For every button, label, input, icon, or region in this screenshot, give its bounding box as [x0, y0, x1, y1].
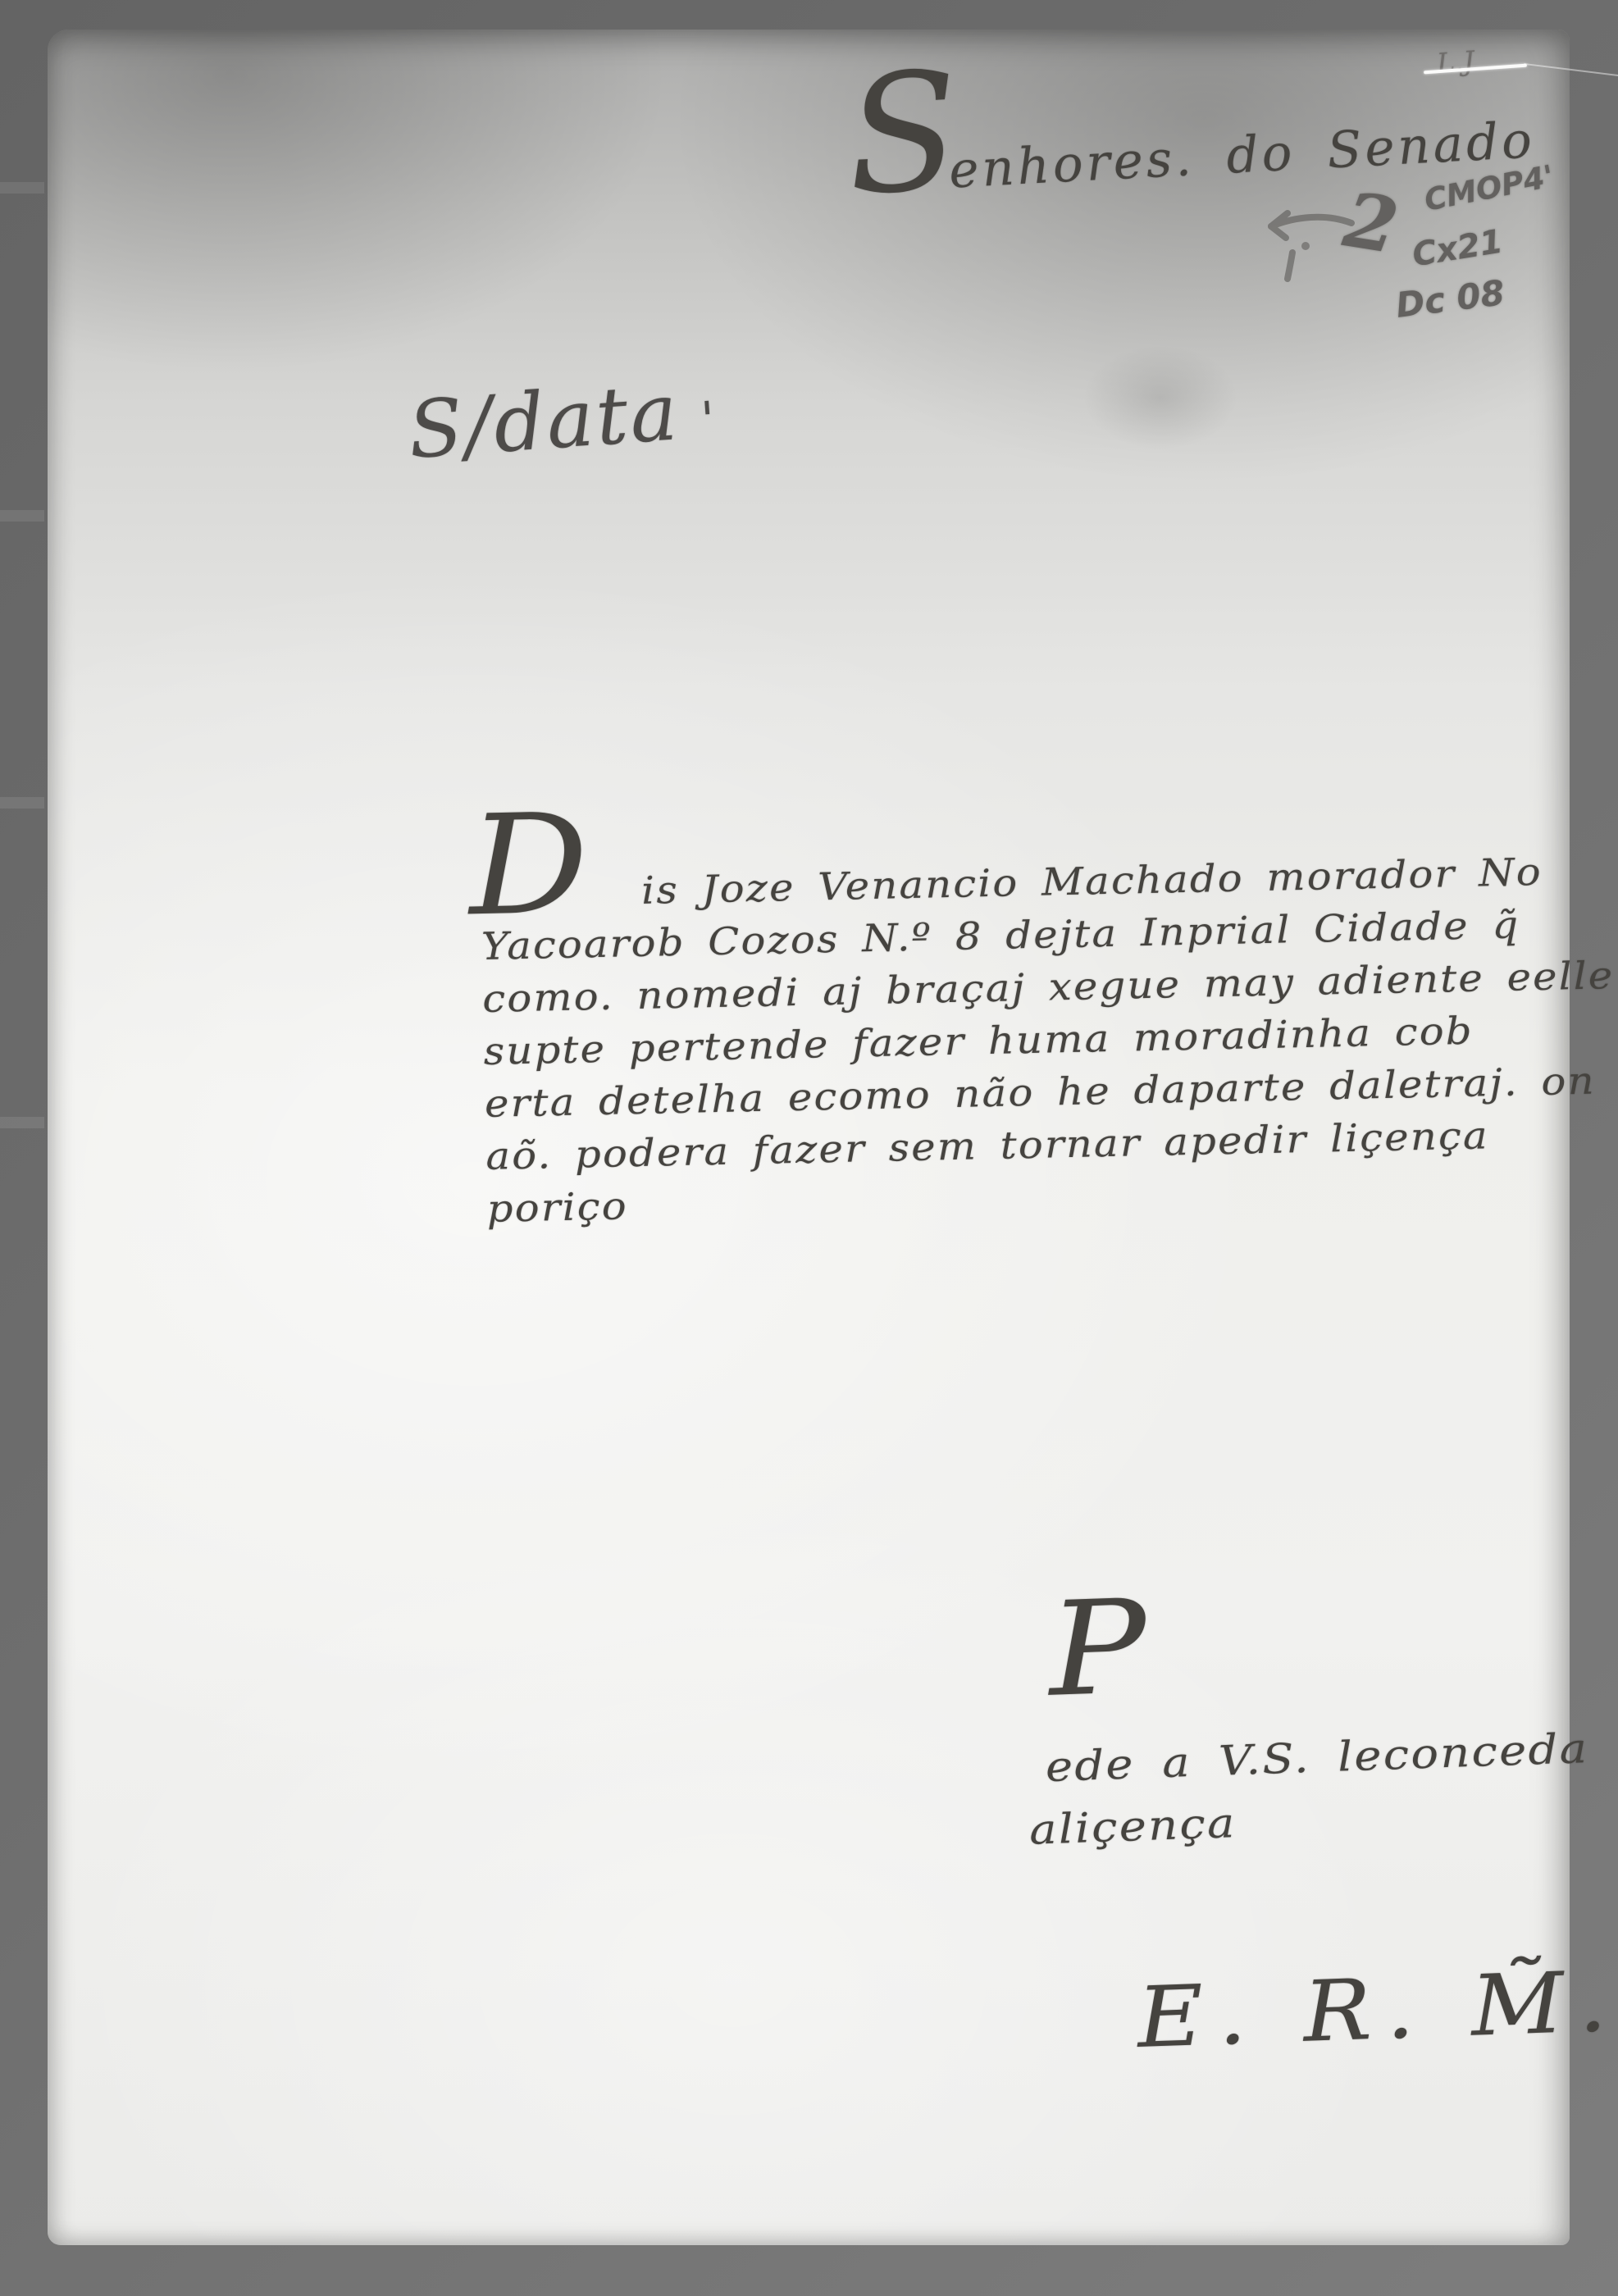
corner-inscription: L.J [1436, 44, 1475, 79]
body-initial-letter: D [467, 795, 591, 935]
heading-initial-letter: S [844, 58, 963, 210]
scanner-frame-tick [0, 510, 44, 522]
scratch-line-tail [1524, 63, 1618, 76]
archival-doc-code: Dc 08 [1394, 272, 1507, 326]
request-clause: P ede a V.S. leconceda aliçença [1021, 1569, 1618, 1592]
scanner-frame-tick [0, 1117, 44, 1128]
pencil-date-note-tick: ' [700, 391, 719, 449]
archival-number: 2 [1338, 175, 1404, 271]
petition-body: D is Joze Venancio Machado morador No Ya… [480, 843, 1618, 1235]
closing-formula: E. R. M̃. [1136, 1952, 1618, 2067]
pencil-date-note: S/data' [406, 363, 720, 476]
request-line: ede a V.S. leconceda [1045, 1724, 1589, 1791]
paper-sheet: S enhores. do Senado L.J 2 CMOP4' Cx21 D… [48, 30, 1570, 2245]
ink-smudge [1058, 328, 1263, 467]
archival-box-code: Cx21 [1410, 223, 1506, 275]
scanner-frame-tick [0, 797, 44, 809]
scanned-document: S enhores. do Senado L.J 2 CMOP4' Cx21 D… [0, 0, 1618, 2296]
pencil-date-note-text: S/data [406, 366, 683, 476]
request-line: aliçença [1028, 1799, 1237, 1854]
scanner-frame-tick [0, 182, 44, 194]
request-initial-letter: P [1046, 1583, 1151, 1715]
